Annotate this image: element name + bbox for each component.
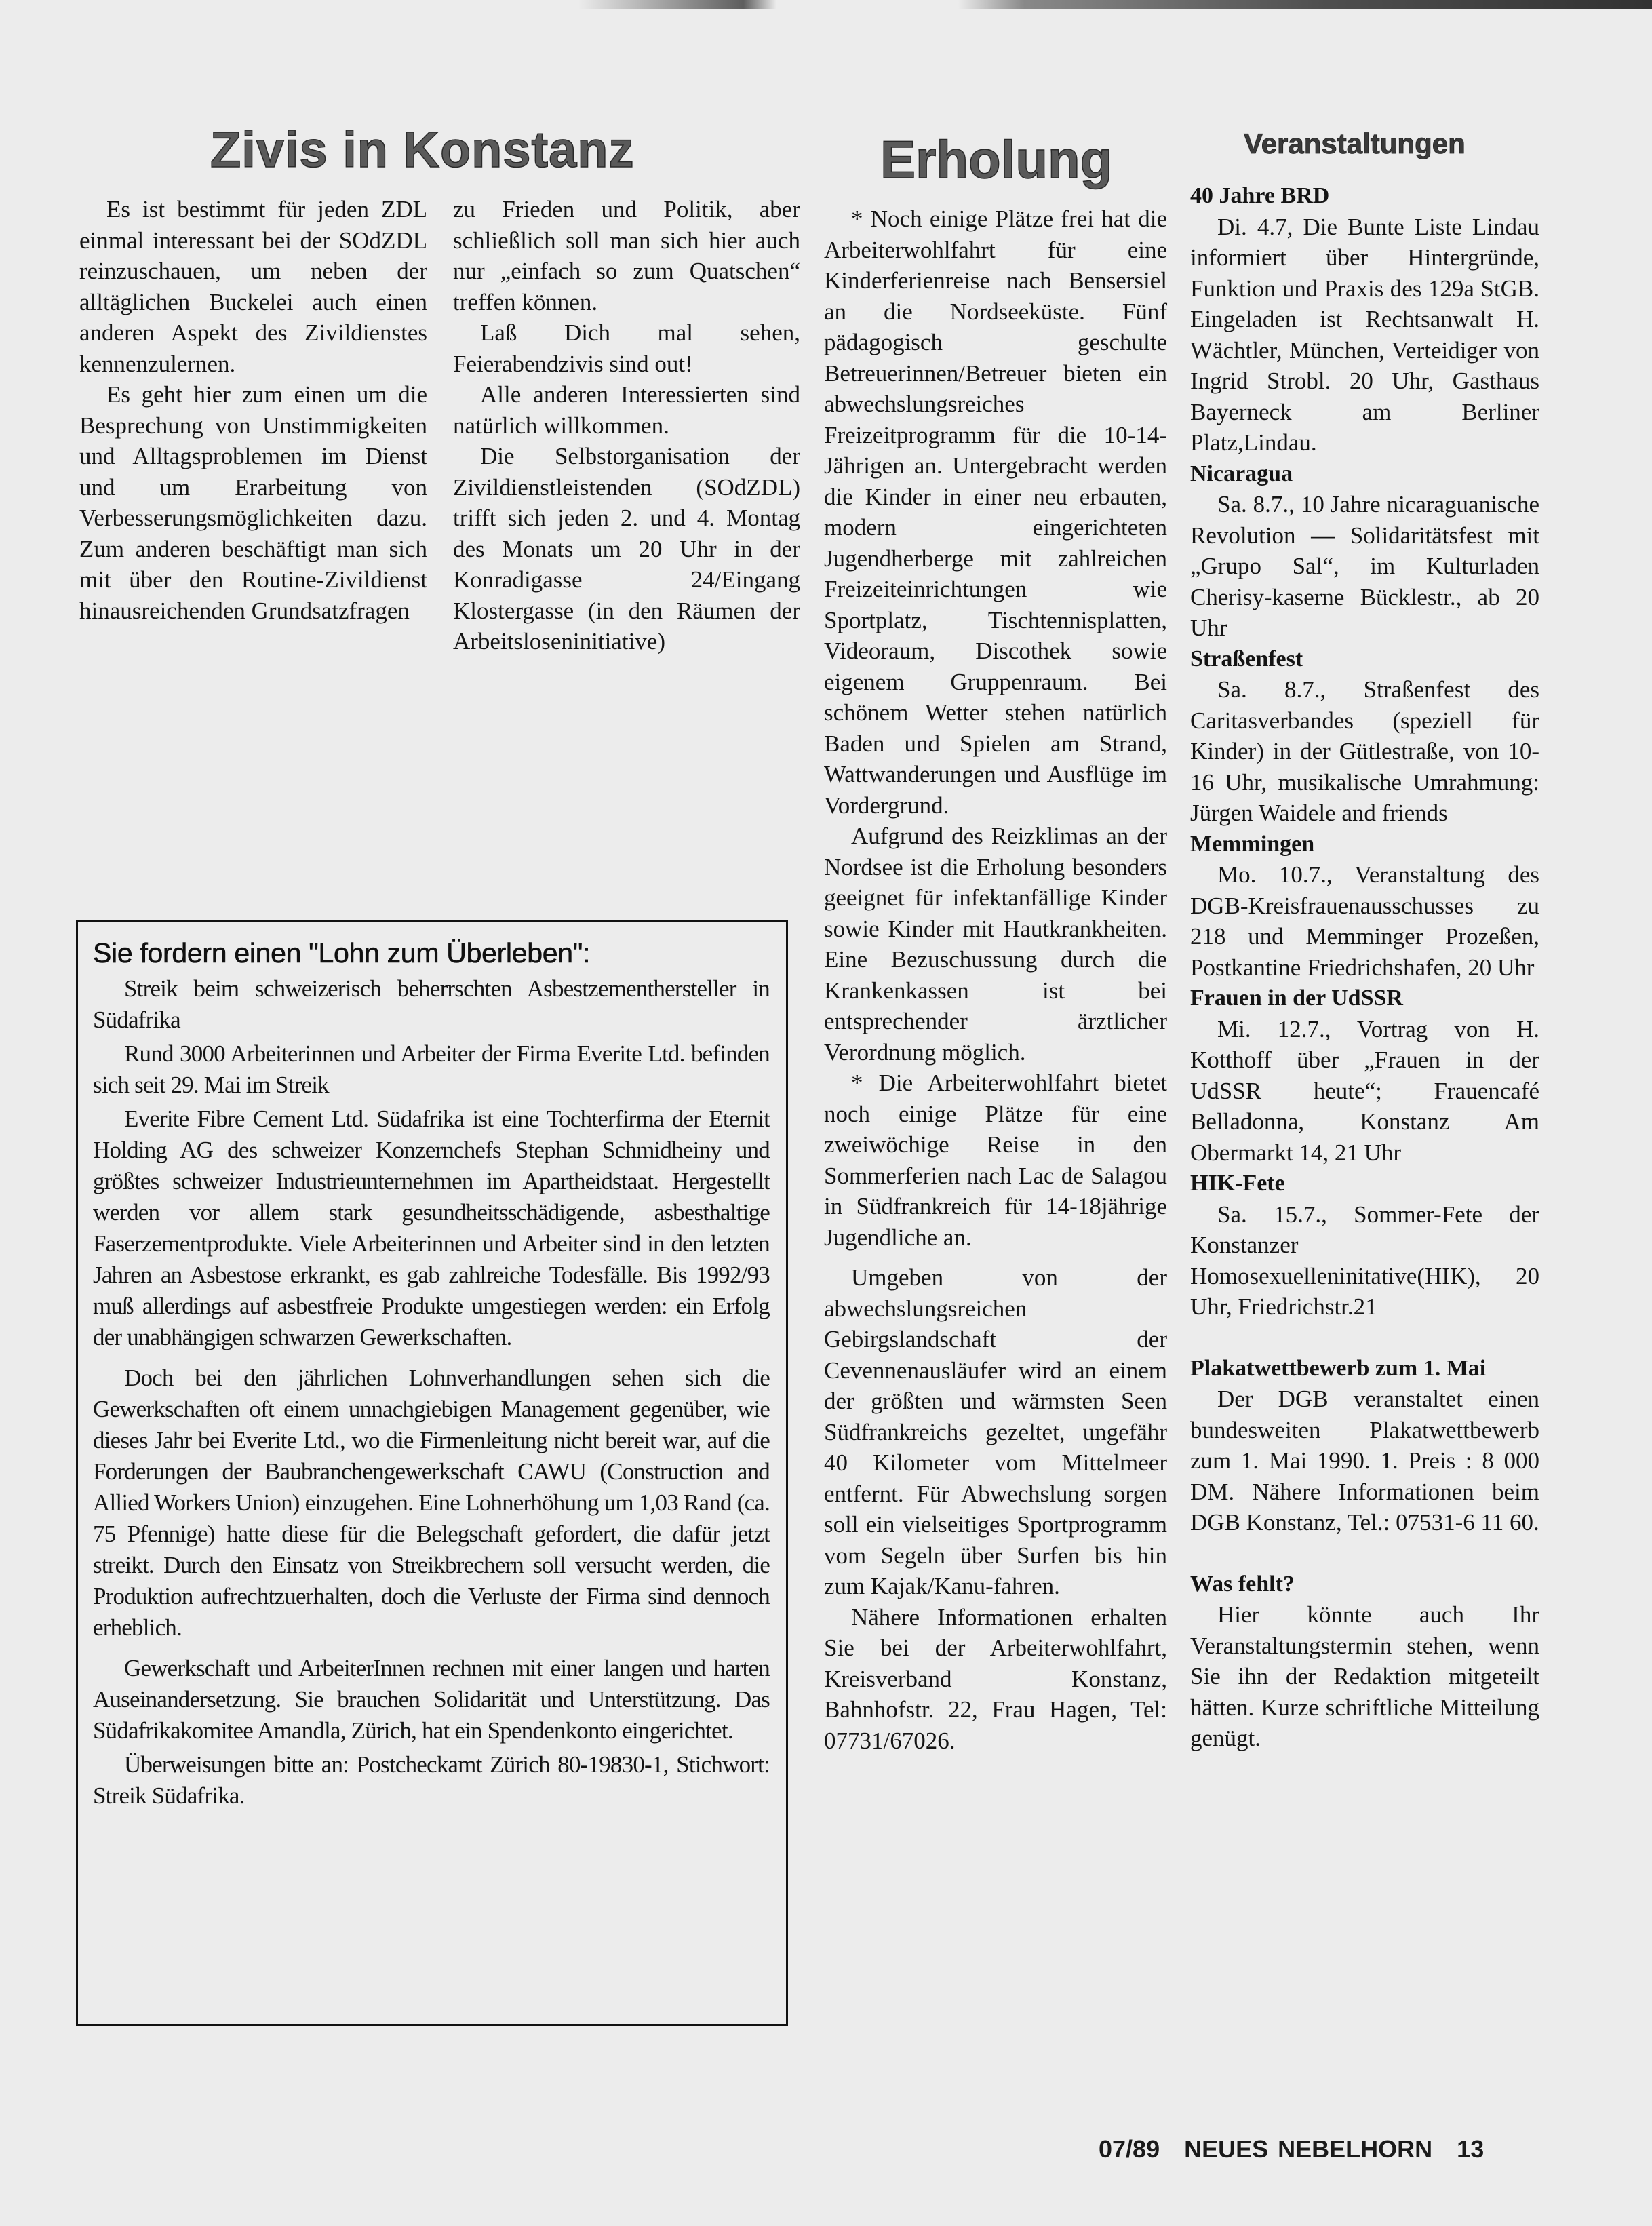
event-text: Mi. 12.7., Vortrag von H. Kotthoff über …	[1190, 1014, 1539, 1169]
paragraph: Gewerkschaft und ArbeiterInnen rechnen m…	[93, 1653, 770, 1746]
page-number: 13	[1457, 2135, 1484, 2163]
erholung-column: * Noch einige Plätze frei hat die Arbeit…	[824, 203, 1167, 1756]
paragraph: * Die Arbeiterwohlfahrt bietet noch eini…	[824, 1068, 1167, 1253]
page-footer: 07/89 NEUES NEBELHORN 13	[1099, 2135, 1484, 2164]
lohn-article-box: Sie fordern einen "Lohn zum Überleben": …	[76, 920, 788, 2026]
scan-edge-artifact	[0, 0, 1652, 9]
paragraph: Doch bei den jährlichen Lohnverhandlunge…	[93, 1363, 770, 1643]
paragraph: Alle anderen Interessierten sind natürli…	[453, 379, 800, 441]
paragraph: Aufgrund des Reizklimas an der Nordsee i…	[824, 821, 1167, 1068]
event-heading: Nicaragua	[1190, 458, 1539, 490]
paragraph: Es ist bestimmt für jeden ZDL einmal int…	[79, 194, 427, 379]
spacer	[1190, 1323, 1539, 1353]
event-heading: HIK-Fete	[1190, 1168, 1539, 1199]
paragraph: Überweisungen bitte an: Postcheckamt Zür…	[93, 1749, 770, 1812]
event-text: Sa. 15.7., Sommer-Fete der Konstanzer Ho…	[1190, 1199, 1539, 1323]
article-title-lohn: Sie fordern einen "Lohn zum Überleben":	[93, 937, 770, 969]
paragraph: Nähere Informationen erhalten Sie bei de…	[824, 1602, 1167, 1757]
event-text: Di. 4.7, Die Bunte Liste Lindau informie…	[1190, 212, 1539, 458]
paragraph: Umgeben von der abwechslungsreichen Gebi…	[824, 1262, 1167, 1602]
event-heading: Was fehlt?	[1190, 1569, 1539, 1600]
section-title-veranstaltungen: Veranstaltungen	[1244, 128, 1466, 160]
issue-number: 07/89	[1099, 2135, 1160, 2163]
event-heading: Frauen in der UdSSR	[1190, 983, 1539, 1014]
event-text: Sa. 8.7., Straßenfest des Caritasverband…	[1190, 674, 1539, 829]
event-heading: Plakatwettbewerb zum 1. Mai	[1190, 1353, 1539, 1384]
spacer	[1190, 1538, 1539, 1569]
event-heading: Memmingen	[1190, 829, 1539, 860]
event-heading: Straßenfest	[1190, 644, 1539, 675]
lohn-article-body: Streik beim schweizerisch beherrschten A…	[93, 973, 770, 1812]
paragraph: Laß Dich mal sehen, Feierabendzivis sind…	[453, 317, 800, 379]
article-title-zivis: Zivis in Konstanz	[210, 121, 635, 178]
veranstaltungen-column: 40 Jahre BRD Di. 4.7, Die Bunte Liste Li…	[1190, 180, 1539, 1754]
paragraph: Es geht hier zum einen um die Besprechun…	[79, 379, 427, 626]
paragraph: Die Selbstorganisation der Zivildienstle…	[453, 441, 800, 657]
paragraph: zu Frieden und Politik, aber schließlich…	[453, 194, 800, 317]
zivis-column-1: Es ist bestimmt für jeden ZDL einmal int…	[79, 194, 427, 626]
zivis-column-2: zu Frieden und Politik, aber schließlich…	[453, 194, 800, 657]
paragraph: Streik beim schweizerisch beherrschten A…	[93, 973, 770, 1036]
event-text: Hier könnte auch Ihr Veranstaltungstermi…	[1190, 1599, 1539, 1754]
event-heading: 40 Jahre BRD	[1190, 180, 1539, 212]
event-text: Sa. 8.7., 10 Jahre nicaraguanische Revol…	[1190, 489, 1539, 644]
paragraph: Everite Fibre Cement Ltd. Südafrika ist …	[93, 1104, 770, 1353]
paragraph: * Noch einige Plätze frei hat die Arbeit…	[824, 203, 1167, 821]
article-title-erholung: Erholung	[880, 129, 1112, 191]
event-text: Der DGB veranstaltet einen bundesweiten …	[1190, 1384, 1539, 1538]
paragraph: Rund 3000 Arbeiterinnen und Arbeiter der…	[93, 1038, 770, 1101]
event-text: Mo. 10.7., Veranstaltung des DGB-Kreisfr…	[1190, 859, 1539, 983]
publication-name: NEUES NEBELHORN	[1184, 2135, 1432, 2163]
